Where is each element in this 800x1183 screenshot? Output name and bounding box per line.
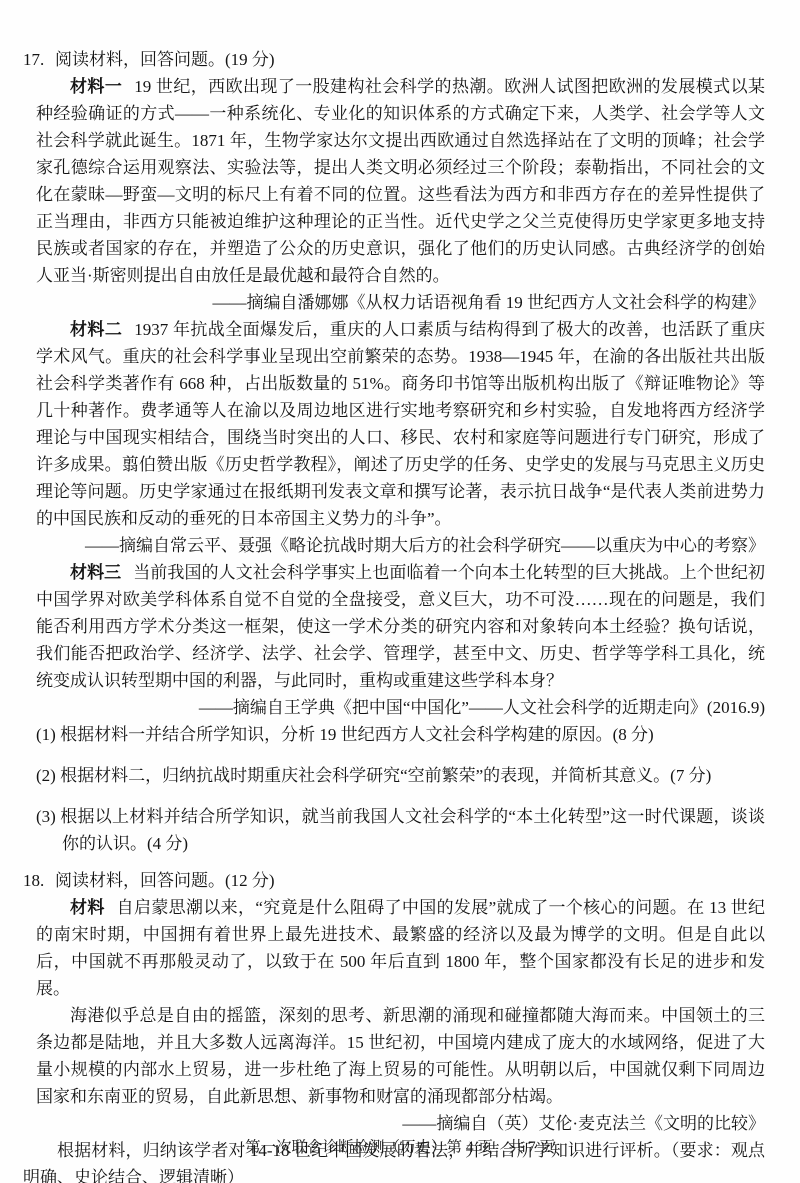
question-18-stem: 阅读材料，回答问题。(12 分): [55, 871, 275, 890]
material-label: 材料: [70, 898, 105, 917]
material-three-text: 当前我国的人文社会科学事实上也面临着一个向本土化转型的巨大挑战。上个世纪初中国学…: [36, 563, 765, 690]
material-one-label: 材料一: [70, 77, 122, 96]
question-17-item-3: (3) 根据以上材料并结合所学知识，就当前我国人文社会科学的“本土化转型”这一时…: [36, 803, 765, 857]
material-two-paragraph: 材料二1937 年抗战全面爆发后，重庆的人口素质与结构得到了极大的改善，也活跃了…: [36, 316, 765, 532]
material-one-paragraph: 材料一19 世纪，西欧出现了一股建构社会科学的热潮。欧洲人试图把欧洲的发展模式以…: [36, 73, 765, 289]
question-17: 17.阅读材料，回答问题。(19 分) 材料一19 世纪，西欧出现了一股建构社会…: [23, 46, 765, 857]
material-paragraph-1: 材料自启蒙思潮以来，“究竟是什么阻碍了中国的发展”就成了一个核心的问题。在 13…: [36, 894, 765, 1002]
material-two-label: 材料二: [70, 320, 122, 339]
question-18-number: 18.: [23, 867, 55, 894]
material-three-label: 材料三: [70, 563, 121, 582]
exam-page: 17.阅读材料，回答问题。(19 分) 材料一19 世纪，西欧出现了一股建构社会…: [0, 0, 800, 1183]
material-paragraph-2: 海港似乎总是自由的摇篮，深刻的思考、新思潮的涌现和碰撞都随大海而来。中国领土的三…: [36, 1002, 765, 1110]
question-17-heading: 17.阅读材料，回答问题。(19 分): [23, 46, 765, 73]
page-footer: 第一次联合诊断检测（历史）第 4 页 共 7 页: [0, 1134, 800, 1161]
material-three-source: ——摘编自王学典《把中国“中国化”——人文社会科学的近期走向》(2016.9): [23, 694, 765, 721]
material-two-text: 1937 年抗战全面爆发后，重庆的人口素质与结构得到了极大的改善，也活跃了重庆学…: [36, 320, 765, 528]
question-17-item-2: (2) 根据材料二，归纳抗战时期重庆社会科学研究“空前繁荣”的表现，并简析其意义…: [36, 762, 765, 789]
material-two-source: ——摘编自常云平、聂强《略论抗战时期大后方的社会科学研究——以重庆为中心的考察》: [23, 532, 765, 559]
question-17-number: 17.: [23, 46, 55, 73]
question-17-item-1: (1) 根据材料一并结合所学知识，分析 19 世纪西方人文社会科学构建的原因。(…: [36, 721, 765, 748]
question-17-stem: 阅读材料，回答问题。(19 分): [55, 50, 275, 69]
material-one-text: 19 世纪，西欧出现了一股建构社会科学的热潮。欧洲人试图把欧洲的发展模式以某种经…: [36, 77, 765, 285]
material-one-source: ——摘编自潘娜娜《从权力话语视角看 19 世纪西方人文社会科学的构建》: [23, 289, 765, 316]
material-text-1: 自启蒙思潮以来，“究竟是什么阻碍了中国的发展”就成了一个核心的问题。在 13 世…: [36, 898, 765, 998]
material-source: ——摘编自（英）艾伦·麦克法兰《文明的比较》: [23, 1110, 765, 1137]
material-three-paragraph: 材料三当前我国的人文社会科学事实上也面临着一个向本土化转型的巨大挑战。上个世纪初…: [36, 559, 765, 694]
question-18-heading: 18.阅读材料，回答问题。(12 分): [23, 867, 765, 894]
